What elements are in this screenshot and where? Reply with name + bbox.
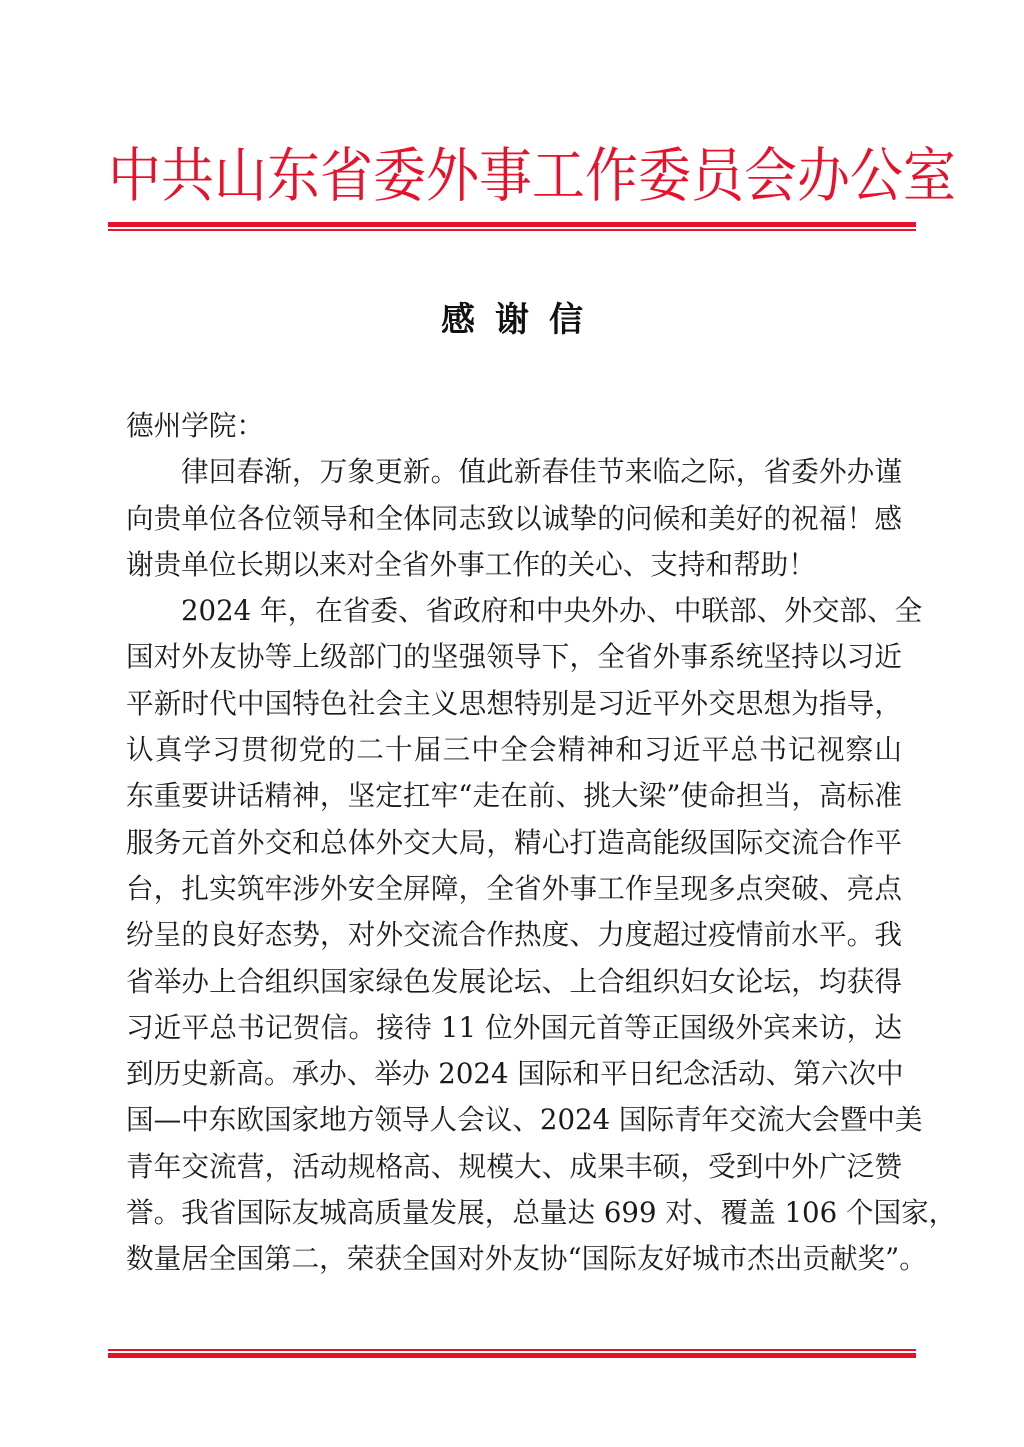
- body-line: 数量居全国第二，荣获全国对外友协“国际友好城市杰出贡献奖”。: [126, 1236, 902, 1282]
- page-divider-bottom: [108, 1349, 916, 1358]
- body-line: 誉。我省国际友城高质量发展，总量达 699 对、覆盖 106 个国家，: [126, 1190, 902, 1236]
- divider-thick-line: [108, 1353, 916, 1358]
- document-title: 感谢信: [0, 298, 1024, 342]
- body-line: 律回春渐，万象更新。值此新春佳节来临之际，省委外办谨: [126, 449, 902, 495]
- body-line: 东重要讲话精神，坚定扛牢“走在前、挑大梁”使命担当，高标准: [126, 773, 902, 819]
- body-line: 谢贵单位长期以来对全省外事工作的关心、支持和帮助！: [126, 542, 902, 588]
- body-line: 青年交流营，活动规格高、规模大、成果丰硕，受到中外广泛赞: [126, 1144, 902, 1190]
- body-line: 到历史新高。承办、举办 2024 国际和平日纪念活动、第六次中: [126, 1051, 902, 1097]
- body-line: 国—中东欧国家地方领导人会议、2024 国际青年交流大会暨中美: [126, 1097, 902, 1143]
- letterhead-divider-top: [108, 222, 916, 231]
- body-line: 2024 年，在省委、省政府和中央外办、中联部、外交部、全: [126, 588, 902, 634]
- body-line: 认真学习贯彻党的二十届三中全会精神和习近平总书记视察山: [126, 727, 902, 773]
- body-line: 国对外友协等上级部门的坚强领导下，全省外事系统坚持以习近: [126, 634, 902, 680]
- body-line: 服务元首外交和总体外交大局，精心打造高能级国际交流合作平: [126, 820, 902, 866]
- body-line: 平新时代中国特色社会主义思想特别是习近平外交思想为指导，: [126, 681, 902, 727]
- letterhead-organization-name: 中共山东省委外事工作委员会办公室: [108, 138, 916, 216]
- body-line: 向贵单位各位领导和全体同志致以诚挚的问候和美好的祝福！感: [126, 496, 902, 542]
- body-line: 纷呈的良好态势，对外交流合作热度、力度超过疫情前水平。我: [126, 912, 902, 958]
- body-line: 习近平总书记贺信。接待 11 位外国元首等正国级外宾来访，达: [126, 1005, 902, 1051]
- divider-thin-line: [108, 229, 916, 231]
- salutation: 德州学院：: [126, 403, 902, 449]
- letter-body: 德州学院： 律回春渐，万象更新。值此新春佳节来临之际，省委外办谨 向贵单位各位领…: [126, 403, 902, 1283]
- body-line: 省举办上合组织国家绿色发展论坛、上合组织妇女论坛，均获得: [126, 959, 902, 1005]
- body-line: 台，扎实筑牢涉外安全屏障，全省外事工作呈现多点突破、亮点: [126, 866, 902, 912]
